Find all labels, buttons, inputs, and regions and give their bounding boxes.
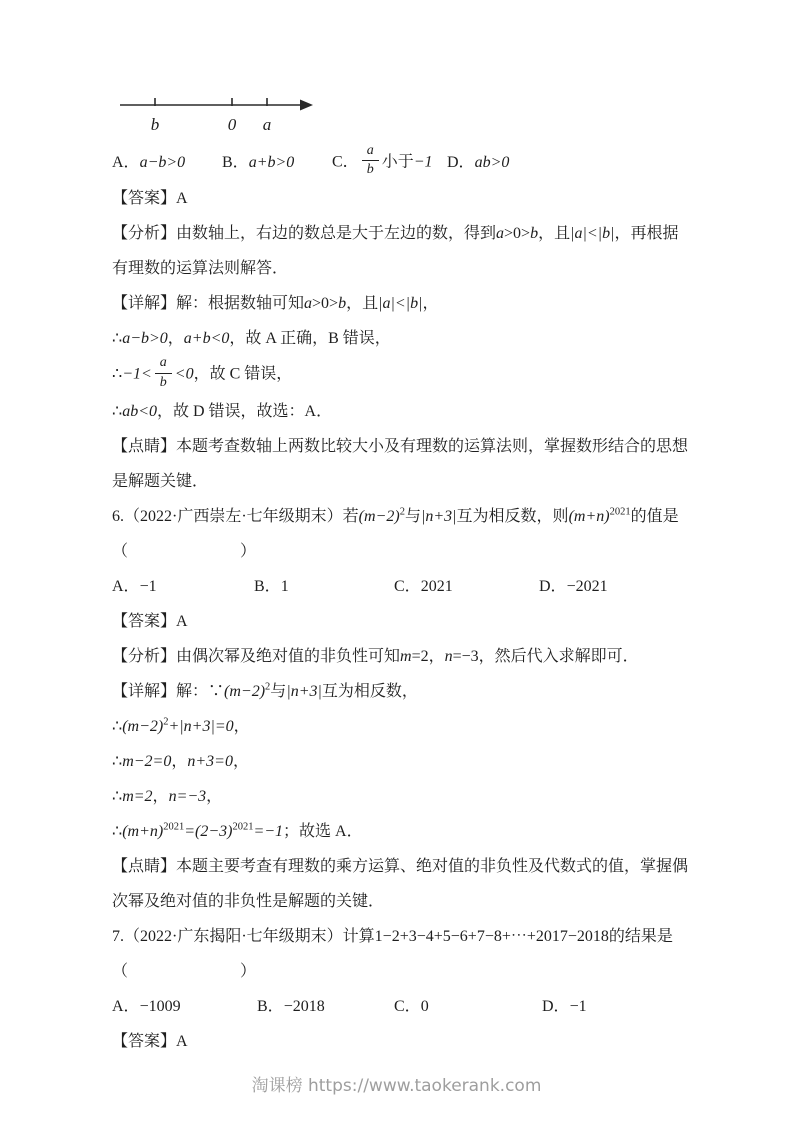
text-run: C．: [394, 998, 421, 1015]
q6-solution-step-1: ∴(m−2)2+|n+3|=0，: [112, 709, 694, 744]
math-run: |a|<|b|: [378, 295, 422, 312]
math-run: (m−2): [224, 683, 265, 700]
fraction-numerator: a: [362, 142, 379, 161]
math-run: >0>: [312, 295, 338, 312]
q6-options-row: A．−1B．1C．2021D．−2021: [112, 569, 694, 604]
text-run: ，: [422, 295, 438, 312]
q6-solution-step-4: ∴(m+n)2021=(2−3)2021=−1；故选 A．: [112, 814, 694, 849]
text-run: A．: [112, 578, 140, 595]
text-run: 小于: [382, 153, 414, 170]
text-run: 【点睛】本题主要考查有理数的乘方运算、绝对值的非负性及代数式的值，掌握偶次幂及绝…: [112, 858, 688, 910]
math-run: −1: [140, 578, 157, 595]
text-run: B．: [222, 154, 249, 171]
numberline-svg: b0a: [112, 90, 324, 142]
option-D: D．−2021: [539, 569, 608, 604]
math-run: a: [496, 225, 504, 242]
fraction-numerator: a: [155, 354, 172, 373]
q6-stem: 6.（2022·广西崇左·七年级期末）若(m−2)2与|n+3|互为相反数，则(…: [112, 499, 694, 534]
math-run: (m+n): [122, 823, 163, 840]
text-run: C．: [394, 578, 421, 595]
text-run: ，: [429, 648, 445, 665]
text-run: ；故选 A．: [283, 823, 363, 840]
q5-solution-step-1: ∴a−b>0，a+b<0，故 A 正确，B 错误，: [112, 321, 694, 356]
text-run: （: [112, 963, 128, 980]
q5-options-row: A．a−b>0B．a+b>0C．ab小于−1D．ab>0: [112, 144, 694, 181]
text-run: A．: [112, 154, 140, 171]
fraction-denominator: b: [362, 161, 379, 179]
math-run: a+b<0: [184, 330, 230, 347]
text-run: 【点睛】本题考查数轴上两数比较大小及有理数的运算法则，掌握数形结合的思想是解题关…: [112, 438, 688, 490]
math-run: (m−2): [359, 508, 400, 525]
text-run: 【分析】由偶次幂及绝对值的非负性可知: [112, 648, 400, 665]
footer-watermark: 淘课榜 https://www.taokerank.com: [0, 1071, 793, 1096]
math-run: |n+3|: [421, 508, 457, 525]
q5-analysis: 【分析】由数轴上，右边的数总是大于左边的数，得到a>0>b，且|a|<|b|，再…: [112, 216, 694, 286]
text-run: ，: [168, 330, 184, 347]
text-run: 【详解】解：根据数轴可知: [112, 295, 304, 312]
math-run: n=−3: [169, 788, 207, 805]
text-run: 与: [405, 508, 421, 525]
superscript: 2021: [610, 506, 631, 517]
q5-solution-step-2: ∴−1<ab<0，故 C 错误，: [112, 356, 694, 393]
text-run: 互为相反数，: [322, 683, 418, 700]
math-run: =−3: [453, 648, 479, 665]
numberline-label-0: b: [151, 115, 160, 134]
q6-answer-blank: （）: [112, 534, 694, 569]
math-run: ∴: [112, 823, 122, 840]
math-run: =(2−3): [184, 823, 232, 840]
math-run: ab<0: [122, 403, 157, 420]
math-run: 0: [421, 998, 429, 1015]
math-run: ∴: [112, 753, 122, 770]
text-run: ，: [171, 753, 187, 770]
superscript: 2021: [163, 821, 184, 832]
option-D: D．−1: [542, 989, 587, 1024]
superscript: 2021: [232, 821, 253, 832]
fraction: ab: [362, 142, 379, 179]
math-run: ab>0: [475, 154, 510, 171]
math-run: a+b>0: [249, 154, 295, 171]
option-A: A．−1: [112, 569, 254, 604]
text-run: 【详解】解：: [112, 683, 208, 700]
math-run: −1: [414, 153, 433, 170]
math-run: m: [400, 648, 412, 665]
text-run: D．: [542, 998, 570, 1015]
math-run: (m+n): [569, 508, 610, 525]
math-run: n+3=0: [187, 753, 233, 770]
math-run: m−2=0: [122, 753, 171, 770]
math-run: ∴: [112, 330, 122, 347]
text-run: ，: [233, 753, 249, 770]
option-D: D．ab>0: [447, 145, 509, 180]
option-B: B．1: [254, 569, 394, 604]
math-run: −2018: [284, 998, 325, 1015]
text-run: 的值是: [631, 508, 679, 525]
text-run: 6.（2022·广西崇左·七年级期末）若: [112, 508, 359, 525]
q5-answer: 【答案】A: [112, 181, 694, 216]
text-run: 【答案】A: [112, 1033, 188, 1050]
math-run: n: [445, 648, 453, 665]
text-run: ，: [206, 788, 222, 805]
text-run: B．: [254, 578, 281, 595]
math-run: b: [338, 295, 346, 312]
math-run: |a|<|b|: [570, 225, 614, 242]
text-run: 与: [270, 683, 286, 700]
q6-comment: 【点睛】本题主要考查有理数的乘方运算、绝对值的非负性及代数式的值，掌握偶次幂及绝…: [112, 849, 694, 919]
math-run: |n+3|: [286, 683, 322, 700]
text-run: ，故 C 错误，: [194, 366, 293, 383]
q7-options-row: A．−1009B．−2018C．0D．−1: [112, 989, 694, 1024]
math-run: −2021: [567, 578, 608, 595]
math-run: −1: [570, 998, 587, 1015]
math-run: =2: [412, 648, 429, 665]
q7-stem: 7.（2022·广东揭阳·七年级期末）计算1−2+3−4+5−6+7−8+⋯+2…: [112, 919, 694, 954]
math-run: ∵: [208, 683, 224, 700]
text-run: 7.（2022·广东揭阳·七年级期末）计算: [112, 928, 375, 945]
option-B: B．−2018: [257, 989, 394, 1024]
fraction: ab: [155, 354, 172, 391]
text-run: ）: [240, 543, 256, 560]
numberline-label-2: a: [263, 115, 272, 134]
text-run: C．: [332, 153, 359, 170]
q5-comment: 【点睛】本题考查数轴上两数比较大小及有理数的运算法则，掌握数形结合的思想是解题关…: [112, 429, 694, 499]
math-run: b: [530, 225, 538, 242]
text-run: A．: [112, 998, 140, 1015]
text-run: ，故 A 正确，B 错误，: [229, 330, 390, 347]
text-run: D．: [447, 154, 475, 171]
option-A: A．−1009: [112, 989, 257, 1024]
q6-solution-step-2: ∴m−2=0，n+3=0，: [112, 744, 694, 779]
option-C: C．2021: [394, 569, 539, 604]
text-run: ，故 D 错误，故选：A．: [157, 403, 332, 420]
text-run: ）: [240, 963, 256, 980]
q6-solution-intro: 【详解】解：∵(m−2)2与|n+3|互为相反数，: [112, 674, 694, 709]
math-run: =−1: [253, 823, 283, 840]
math-run: a−b>0: [140, 154, 186, 171]
text-run: 互为相反数，则: [457, 508, 569, 525]
q6-answer: 【答案】A: [112, 604, 694, 639]
text-run: ，且: [346, 295, 378, 312]
numberline-diagram: b0a: [112, 86, 694, 144]
q7-answer-blank: （）: [112, 954, 694, 989]
math-run: ∴: [112, 366, 122, 383]
option-C: C．0: [394, 989, 542, 1024]
math-run: ∴: [112, 788, 122, 805]
option-B: B．a+b>0: [222, 145, 332, 180]
math-run: 2021: [421, 578, 453, 595]
math-run: ∴: [112, 718, 122, 735]
math-run: m=2: [122, 788, 152, 805]
q5-solution-intro: 【详解】解：根据数轴可知a>0>b，且|a|<|b|，: [112, 286, 694, 321]
text-run: 【分析】由数轴上，右边的数总是大于左边的数，得到: [112, 225, 496, 242]
q6-solution-step-3: ∴m=2，n=−3，: [112, 779, 694, 814]
text-run: 【答案】A: [112, 190, 188, 207]
math-run: −1<: [122, 366, 152, 383]
math-run: ∴: [112, 403, 122, 420]
text-run: D．: [539, 578, 567, 595]
math-run: >0>: [504, 225, 530, 242]
text-run: ，: [153, 788, 169, 805]
q7-answer: 【答案】A: [112, 1024, 694, 1059]
math-run: <0: [175, 366, 194, 383]
text-run: ，: [234, 718, 250, 735]
text-run: （: [112, 543, 128, 560]
option-A: A．a−b>0: [112, 145, 222, 180]
math-run: a−b>0: [122, 330, 168, 347]
math-run: −1009: [140, 998, 181, 1015]
text-run: 【答案】A: [112, 613, 188, 630]
math-run: (m−2): [122, 718, 163, 735]
option-C: C．ab小于−1: [332, 144, 447, 181]
math-run: 1−2+3−4+5−6+7−8+⋯+2017−2018: [375, 928, 609, 945]
document-body: b0aA．a−b>0B．a+b>0C．ab小于−1D．ab>0【答案】A【分析】…: [112, 86, 694, 1059]
math-run: 1: [281, 578, 289, 595]
arrow-right-icon: [300, 100, 313, 111]
text-run: ，且: [538, 225, 570, 242]
fraction-denominator: b: [155, 374, 172, 392]
q5-solution-step-3: ∴ab<0，故 D 错误，故选：A．: [112, 394, 694, 429]
q6-analysis: 【分析】由偶次幂及绝对值的非负性可知m=2，n=−3，然后代入求解即可．: [112, 639, 694, 674]
math-run: a: [304, 295, 312, 312]
text-run: B．: [257, 998, 284, 1015]
numberline-label-1: 0: [228, 115, 237, 134]
text-run: ，然后代入求解即可．: [479, 648, 639, 665]
text-run: 的结果是: [609, 928, 673, 945]
math-run: +|n+3|=0: [168, 718, 233, 735]
